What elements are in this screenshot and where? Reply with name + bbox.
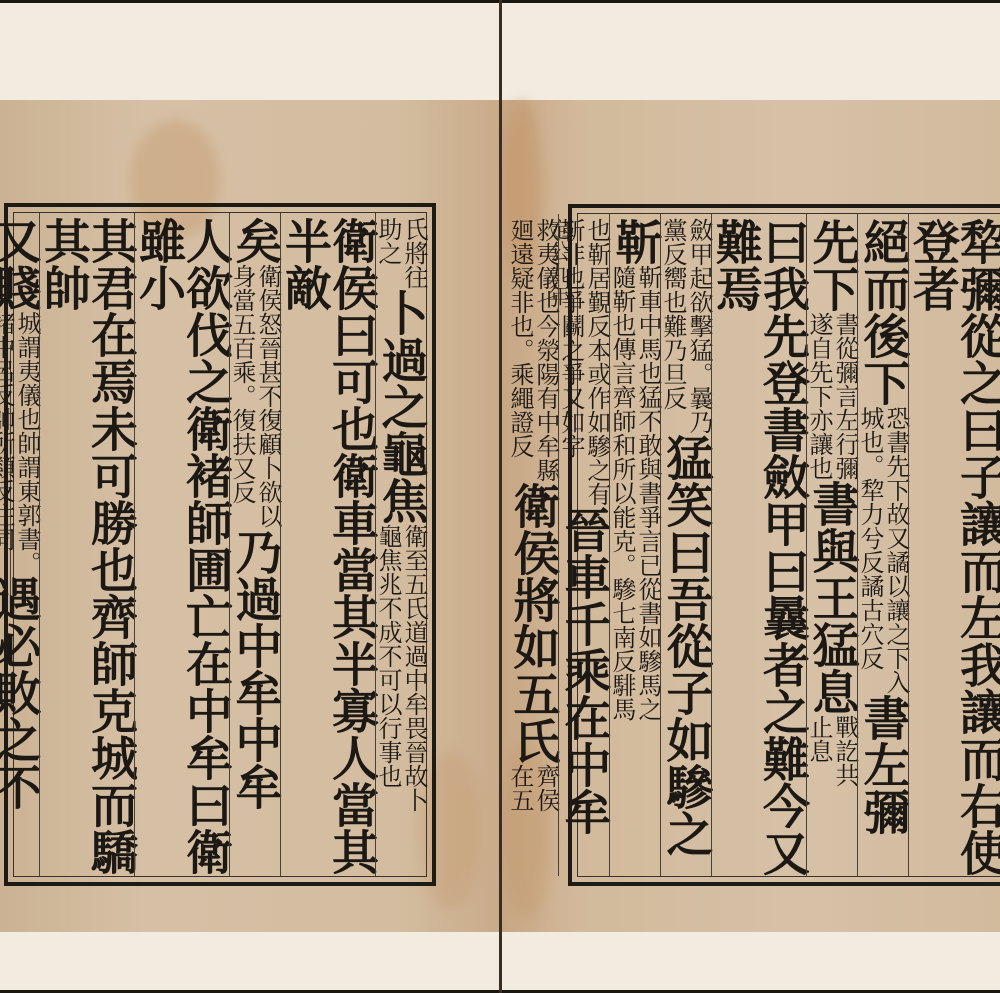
left-page: 氏將往 助之 卜過之龜焦 衛至五氏道過中牟畏晉故卜 龜焦兆不成不可以行事也 衛侯… <box>0 0 499 993</box>
bottom-margin <box>502 932 1000 990</box>
bottom-margin <box>0 932 499 990</box>
annotation: 止息 <box>807 715 831 787</box>
annotation: 在五 <box>508 764 532 812</box>
text-column: 也靳居覲反本或作如驂之有 靳非也爭鬬之爭又如字 晉車千乘在中牟 <box>558 214 609 876</box>
text-frame: 氏將往 助之 卜過之龜焦 衛至五氏道過中牟畏晉故卜 龜焦兆不成不可以行事也 衛侯… <box>4 203 436 886</box>
main-text: 猛笑曰吾從子如驂之 <box>663 434 710 857</box>
text-column: 矣 衛侯怒晉甚不復顧卜欲以 身當五百乘。復扶又反 乃過中牟中牟 <box>229 213 280 876</box>
main-text: 人欲伐之衛褚師圃亡在中牟曰衛雖小 <box>135 217 229 876</box>
text-column: 曰我先登書斂甲曰曩者之難今又難焉 <box>711 214 806 876</box>
text-column: 犂彌從之曰子讓而左我讓而右使登者 <box>908 214 1000 876</box>
text-column: 靳 靳車中馬也猛不敢與書爭言已從書如驂馬之 隨靳也傳言齊師和所以能克。驂七南反騑… <box>609 214 660 876</box>
text-column: 斂甲起欲擊猛。曩乃 黨反嚮也難乃旦反 猛笑曰吾從子如驂之 <box>660 214 711 876</box>
main-text: 卜過之龜焦 <box>378 289 425 524</box>
text-column: 其君在焉未可勝也齊師克城而驕其帥 <box>39 213 134 876</box>
annotation: 助之 <box>376 217 400 289</box>
text-column: 又賤 城謂夷儀也帥謂東郭書。 褚中呂反帥所類反注同 遇必敗之不 <box>0 213 39 876</box>
main-text: 乃過中牟中牟 <box>232 528 279 810</box>
text-column: 先下 書從彌言左行彌 遂自先下亦讓也 書與王猛息 戰訖共 止息 <box>806 214 857 876</box>
annotation: 城謂夷儀也帥謂東郭書。 <box>15 311 39 575</box>
main-text: 矣 <box>232 217 279 264</box>
annotation: 黨反嚮也難乃旦反 <box>661 218 685 434</box>
annotation: 隨靳也傳言齊師和所以能克。驂七南反騑馬 <box>610 265 634 721</box>
annotation: 戰訖共 <box>833 715 857 787</box>
text-column: 氏將往 助之 卜過之龜焦 衛至五氏道過中牟畏晉故卜 龜焦兆不成不可以行事也 <box>375 213 426 876</box>
main-text: 靳 <box>612 218 659 265</box>
main-text: 書左彌 <box>860 694 907 835</box>
main-text: 衛侯曰可也衛車當其半寡人當其半敵 <box>281 217 375 876</box>
text-column: 救夷儀也今滎陽有中牟縣 廻遠疑非也。乘繩證反 衛侯將如五氏 齊侯 在五 <box>508 214 558 876</box>
main-text: 又賤 <box>0 217 38 311</box>
main-text: 遇必敗之不 <box>0 575 38 810</box>
column-grid: 氏將往 助之 卜過之龜焦 衛至五氏道過中牟畏晉故卜 龜焦兆不成不可以行事也 衛侯… <box>13 212 427 877</box>
main-text: 書與王猛息 <box>809 480 856 715</box>
annotation: 褚中呂反帥所類反注同 <box>0 311 13 575</box>
annotation: 書從彌言左行彌 <box>833 312 857 480</box>
right-page: 定公九年 犂彌從之曰子讓而左我讓而右使登者 絕而後下 恐書先下故又譎以讓之下入 … <box>502 0 1000 993</box>
text-column: 絕而後下 恐書先下故又譎以讓之下入 城也。犂力兮反譎古穴反 書左彌 <box>857 214 908 876</box>
text-column: 人欲伐之衛褚師圃亡在中牟曰衛雖小 <box>134 213 229 876</box>
annotation: 氏將往 <box>402 217 426 289</box>
main-text: 先下 <box>809 218 856 312</box>
annotation: 救夷儀也今滎陽有中牟縣 <box>534 218 558 482</box>
annotation: 也靳居覲反本或作如驂之有 <box>585 218 609 506</box>
main-text: 衛侯將如五氏 <box>510 482 557 764</box>
annotation: 靳非也爭鬬之爭又如字 <box>559 218 583 506</box>
top-margin <box>0 3 499 100</box>
annotation: 恐書先下故又譎以讓之下入 <box>884 406 908 694</box>
main-text: 犂彌從之曰子讓而左我讓而右使登者 <box>909 218 1000 876</box>
main-text: 其君在焉未可勝也齊師克城而驕其帥 <box>40 217 134 876</box>
text-frame: 犂彌從之曰子讓而左我讓而右使登者 絕而後下 恐書先下故又譎以讓之下入 城也。犂力… <box>568 204 1000 886</box>
annotation: 遂自先下亦讓也 <box>807 312 831 480</box>
text-column: 衛侯曰可也衛車當其半寡人當其半敵 <box>280 213 375 876</box>
annotation: 衛至五氏道過中牟畏晉故卜 <box>402 524 426 812</box>
main-text: 曰我先登書斂甲曰曩者之難今又難焉 <box>712 218 806 876</box>
main-text: 晉車千乘在中牟 <box>561 506 608 835</box>
annotation: 齊侯 <box>534 764 558 812</box>
annotation: 城也。犂力兮反譎古穴反 <box>858 406 882 694</box>
top-margin <box>502 3 1000 100</box>
annotation: 靳車中馬也猛不敢與書爭言已從書如驂馬之 <box>636 265 660 721</box>
main-text: 絕而後下 <box>860 218 907 406</box>
annotation: 身當五百乘。復扶又反 <box>230 264 254 528</box>
column-grid: 犂彌從之曰子讓而左我讓而右使登者 絕而後下 恐書先下故又譎以讓之下入 城也。犂力… <box>577 213 1000 877</box>
annotation: 龜焦兆不成不可以行事也 <box>376 524 400 812</box>
annotation: 廻遠疑非也。乘繩證反 <box>508 218 532 482</box>
